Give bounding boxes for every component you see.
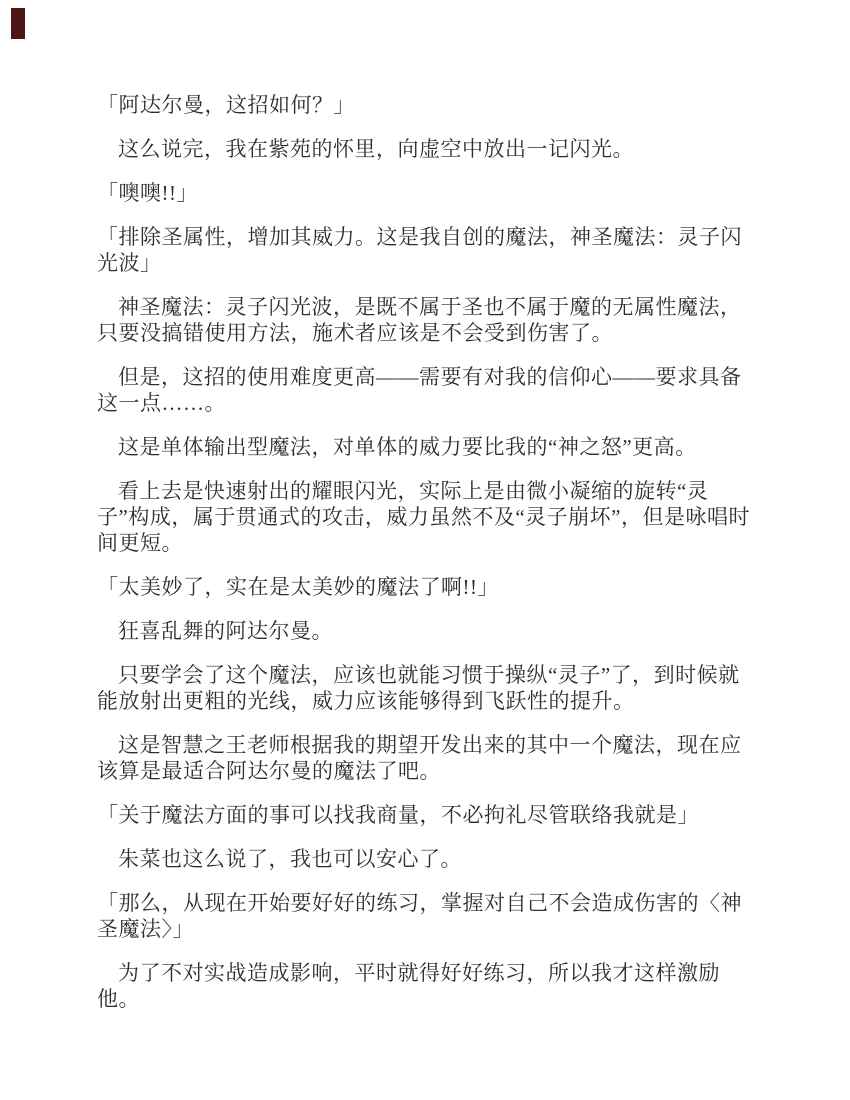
narration-paragraph: 只要学会了这个魔法，应该也就能习惯于操纵“灵子”了，到时候就能放射出更粗的光线，…	[97, 662, 753, 714]
narration-paragraph: 狂喜乱舞的阿达尔曼。	[97, 618, 753, 644]
narration-paragraph: 为了不对实战造成影响，平时就得好好练习，所以我才这样激励他。	[97, 960, 753, 1012]
narration-paragraph: 这是智慧之王老师根据我的期望开发出来的其中一个魔法，现在应该算是最适合阿达尔曼的…	[97, 732, 753, 784]
dialog-line: 「关于魔法方面的事可以找我商量，不必拘礼尽管联络我就是」	[97, 802, 753, 828]
narration-paragraph: 看上去是快速射出的耀眼闪光，实际上是由微小凝缩的旋转“灵子”构成，属于贯通式的攻…	[97, 478, 753, 556]
novel-text-content: 「阿达尔曼，这招如何？」 这么说完，我在紫苑的怀里，向虚空中放出一记闪光。 「噢…	[97, 92, 753, 1030]
novel-page: 「阿达尔曼，这招如何？」 这么说完，我在紫苑的怀里，向虚空中放出一记闪光。 「噢…	[0, 0, 850, 1100]
dialog-line: 「阿达尔曼，这招如何？」	[97, 92, 753, 118]
dialog-line: 「排除圣属性，增加其威力。这是我自创的魔法，神圣魔法：灵子闪光波」	[97, 224, 753, 276]
narration-paragraph: 但是，这招的使用难度更高——需要有对我的信仰心——要求具备这一点……。	[97, 364, 753, 416]
narration-paragraph: 这么说完，我在紫苑的怀里，向虚空中放出一记闪光。	[97, 136, 753, 162]
narration-paragraph: 神圣魔法：灵子闪光波，是既不属于圣也不属于魔的无属性魔法，只要没搞错使用方法，施…	[97, 294, 753, 346]
dialog-line: 「太美妙了，实在是太美妙的魔法了啊!!」	[97, 574, 753, 600]
narration-paragraph: 朱菜也这么说了，我也可以安心了。	[97, 846, 753, 872]
dialog-line: 「噢噢!!」	[97, 180, 753, 206]
corner-marker	[11, 8, 25, 39]
narration-paragraph: 这是单体输出型魔法，对单体的威力要比我的“神之怒”更高。	[97, 434, 753, 460]
dialog-line: 「那么，从现在开始要好好的练习，掌握对自己不会造成伤害的〈神圣魔法〉」	[97, 890, 753, 942]
